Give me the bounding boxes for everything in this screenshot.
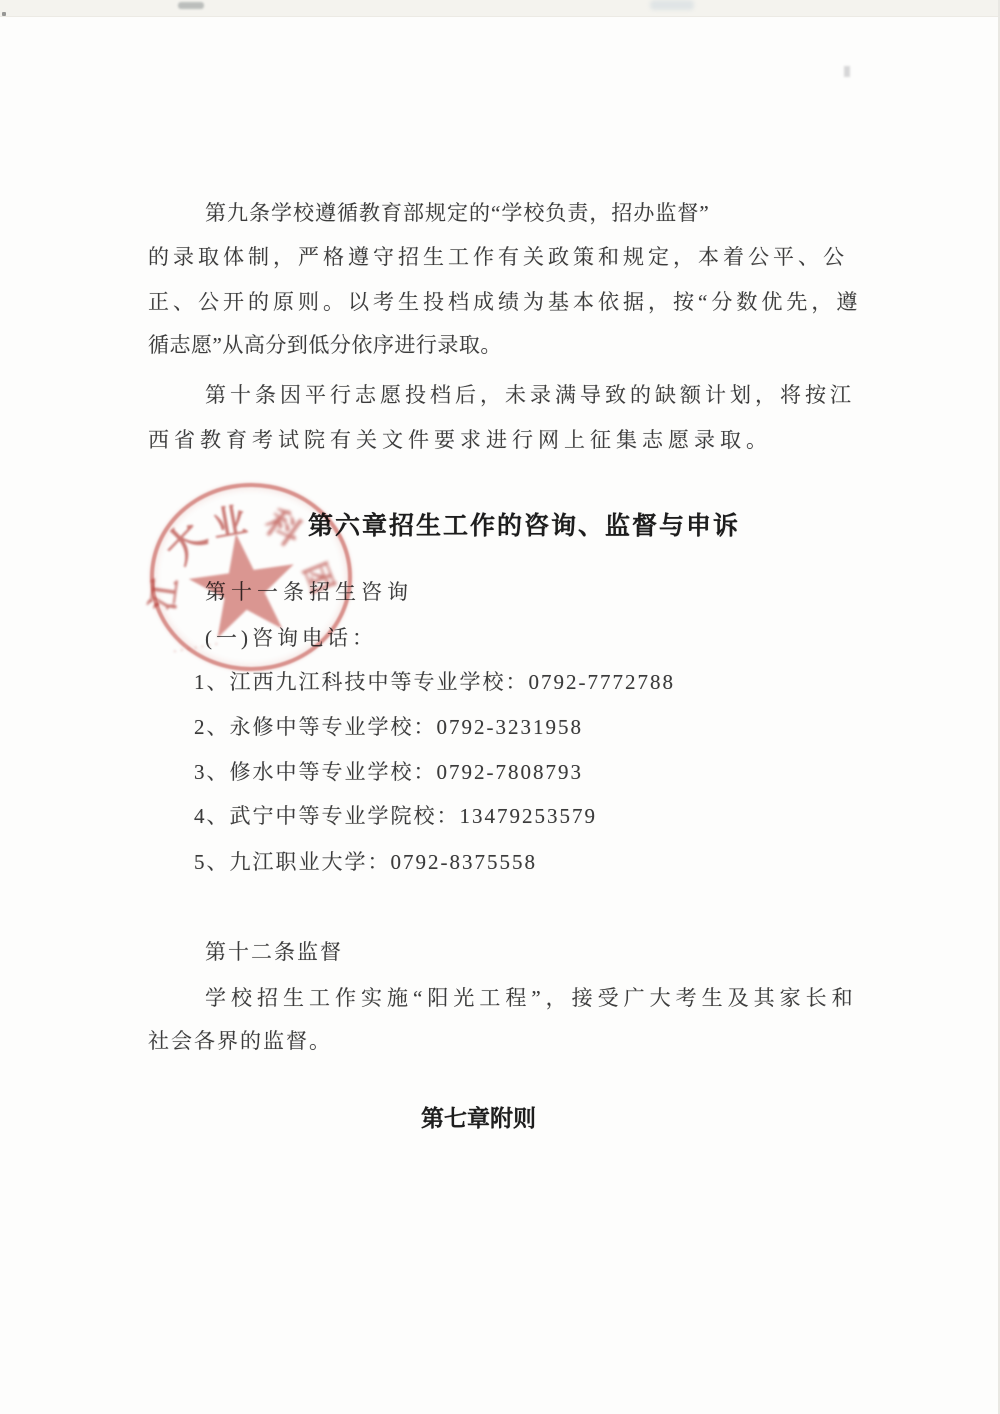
scan-dot (2, 12, 6, 16)
phone-list-item: 5、九江职业大学：0792-8375558 (194, 847, 537, 877)
phone-section-label: (一)咨询电话： (205, 623, 377, 653)
phone-list-item: 3、修水中等专业学校：0792-7808793 (194, 757, 583, 787)
chapter6-heading: 第六章招生工作的咨询、监督与申诉 (308, 506, 740, 542)
scanned-document-page: 第九条学校遵循教育部规定的“学校负责，招办监督” 的录取体制，严格遵守招生工作有… (0, 0, 1000, 1414)
phone-list-item: 4、武宁中等专业学院校：13479253579 (194, 801, 597, 831)
chapter7-heading: 第七章附则 (421, 1100, 536, 1133)
scan-mark (844, 66, 850, 77)
scan-top-band (0, 0, 1000, 17)
article9-line: 正、公开的原则。以考生投档成绩为基本依据，按“分数优先，遵 (148, 287, 861, 317)
article9-line: 循志愿”从高分到低分依序进行录取。 (148, 330, 502, 360)
article12-title: 第十二条监督 (205, 937, 343, 967)
seal-arc-char: 大 (150, 508, 216, 574)
article10-line: 西省教育考试院有关文件要求进行网上征集志愿录取。 (148, 425, 772, 455)
article12-line: 学校招生工作实施“阳光工程”，接受广大考生及其家长和 (205, 983, 858, 1013)
scan-smudge (650, 0, 694, 10)
article9-line: 的录取体制，严格遵守招生工作有关政策和规定，本着公平、公 (148, 242, 848, 272)
article11-title: 第十一条招生咨询 (205, 577, 413, 607)
seal-arc-char: 业 (208, 492, 250, 546)
seal-arc-char: 科 (257, 496, 313, 556)
scan-smudge (178, 2, 204, 9)
article9-line: 第九条学校遵循教育部规定的“学校负责，招办监督” (205, 198, 710, 228)
phone-list-item: 2、永修中等专业学校：0792-3231958 (194, 712, 583, 742)
seal-arc-char: 江 (137, 575, 187, 613)
article12-line: 社会各界的监督。 (148, 1026, 332, 1056)
phone-list-item: 1、江西九江科技中等专业学校：0792-7772788 (194, 667, 675, 697)
article10-line: 第十条因平行志愿投档后，未录满导致的缺额计划，将按江 (205, 380, 855, 410)
